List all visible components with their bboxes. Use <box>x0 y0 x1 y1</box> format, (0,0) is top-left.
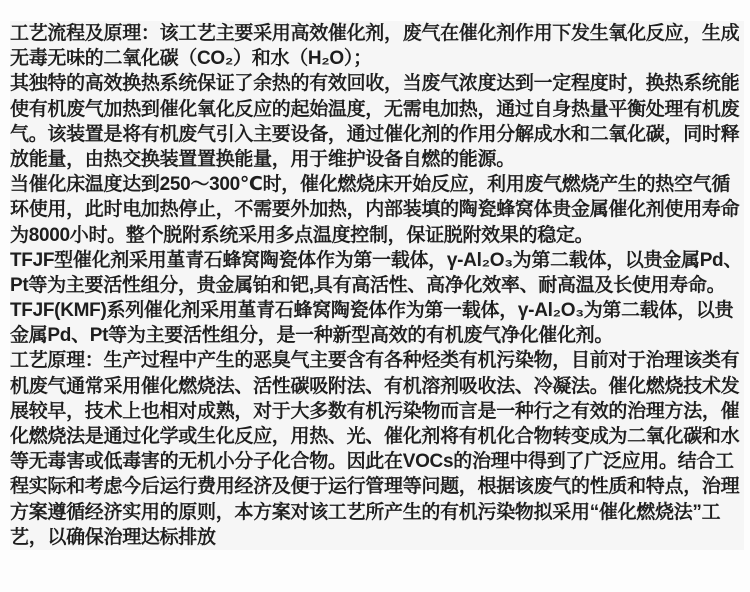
text-line: 化燃烧法是通过化学或生化反应，用热、光、催化剂将有机化合物转变成为二氧化碳和水 <box>10 424 744 449</box>
text-line: 无毒无味的二氧化碳（CO₂）和水（H₂O）； <box>10 46 744 71</box>
document-page: 工艺流程及原理：该工艺主要采用高效催化剂，废气在催化剂作用下发生氧化反应，生成无… <box>0 0 750 592</box>
text-line: 程实际和考虑今后运行费用经济及便于运行管理等问题，根据该废气的性质和特点，治理 <box>10 474 744 499</box>
text-line: 展较早，技术上也相对成熟，对于大多数有机污染物而言是一种行之有效的治理方法，催 <box>10 399 744 424</box>
text-line: 等无毒害或低毒害的无机小分子化合物。因此在VOCs的治理中得到了广泛应用。结合工 <box>10 449 744 474</box>
text-line: 环使用，此时电加热停止，不需要外加热，内部装填的陶瓷蜂窝体贵金属催化剂使用寿命 <box>10 197 744 222</box>
text-line: 金属Pd、Pt等为主要活性组分，是一种新型高效的有机废气净化催化剂。 <box>10 323 744 348</box>
text-line: 工艺流程及原理：该工艺主要采用高效催化剂，废气在催化剂作用下发生氧化反应，生成 <box>10 21 744 46</box>
text-line: Pt等为主要活性组分，贵金属铂和钯,具有高活性、高净化效率、耐高温及长使用寿命。 <box>10 273 744 298</box>
text-line: 工艺原理：生产过程中产生的恶臭气主要含有各种烃类有机污染物，目前对于治理该类有 <box>10 348 744 373</box>
text-line: 为8000小时。整个脱附系统采用多点温度控制，保证脱附效果的稳定。 <box>10 223 744 248</box>
text-line: 方案遵循经济实用的原则，本方案对该工艺所产生的有机污染物拟采用“催化燃烧法”工 <box>10 500 744 525</box>
text-line: 使有机废气加热到催化氧化反应的起始温度，无需电加热，通过自身热量平衡处理有机废 <box>10 97 744 122</box>
text-line: TFJF型催化剂采用堇青石蜂窝陶瓷体作为第一载体，γ-Al₂O₃为第二载体，以贵… <box>10 248 744 273</box>
text-line: 气。该装置是将有机废气引入主要设备，通过催化剂的作用分解成水和二氧化碳，同时释 <box>10 122 744 147</box>
text-line: 放能量，由热交换装置置换能量，用于维护设备自燃的能源。 <box>10 147 744 172</box>
text-line: 当催化床温度达到250～300℃时，催化燃烧床开始反应，利用废气燃烧产生的热空气… <box>10 172 744 197</box>
document-text: 工艺流程及原理：该工艺主要采用高效催化剂，废气在催化剂作用下发生氧化反应，生成无… <box>10 21 744 550</box>
text-line: TFJF(KMF)系列催化剂采用堇青石蜂窝陶瓷体作为第一载体，γ-Al₂O₃为第… <box>10 298 744 323</box>
text-line: 其独特的高效换热系统保证了余热的有效回收，当废气浓度达到一定程度时，换热系统能 <box>10 71 744 96</box>
text-line: 机废气通常采用催化燃烧法、活性碳吸附法、有机溶剂吸收法、冷凝法。催化燃烧技术发 <box>10 374 744 399</box>
text-line: 艺，以确保治理达标排放 <box>10 525 744 550</box>
